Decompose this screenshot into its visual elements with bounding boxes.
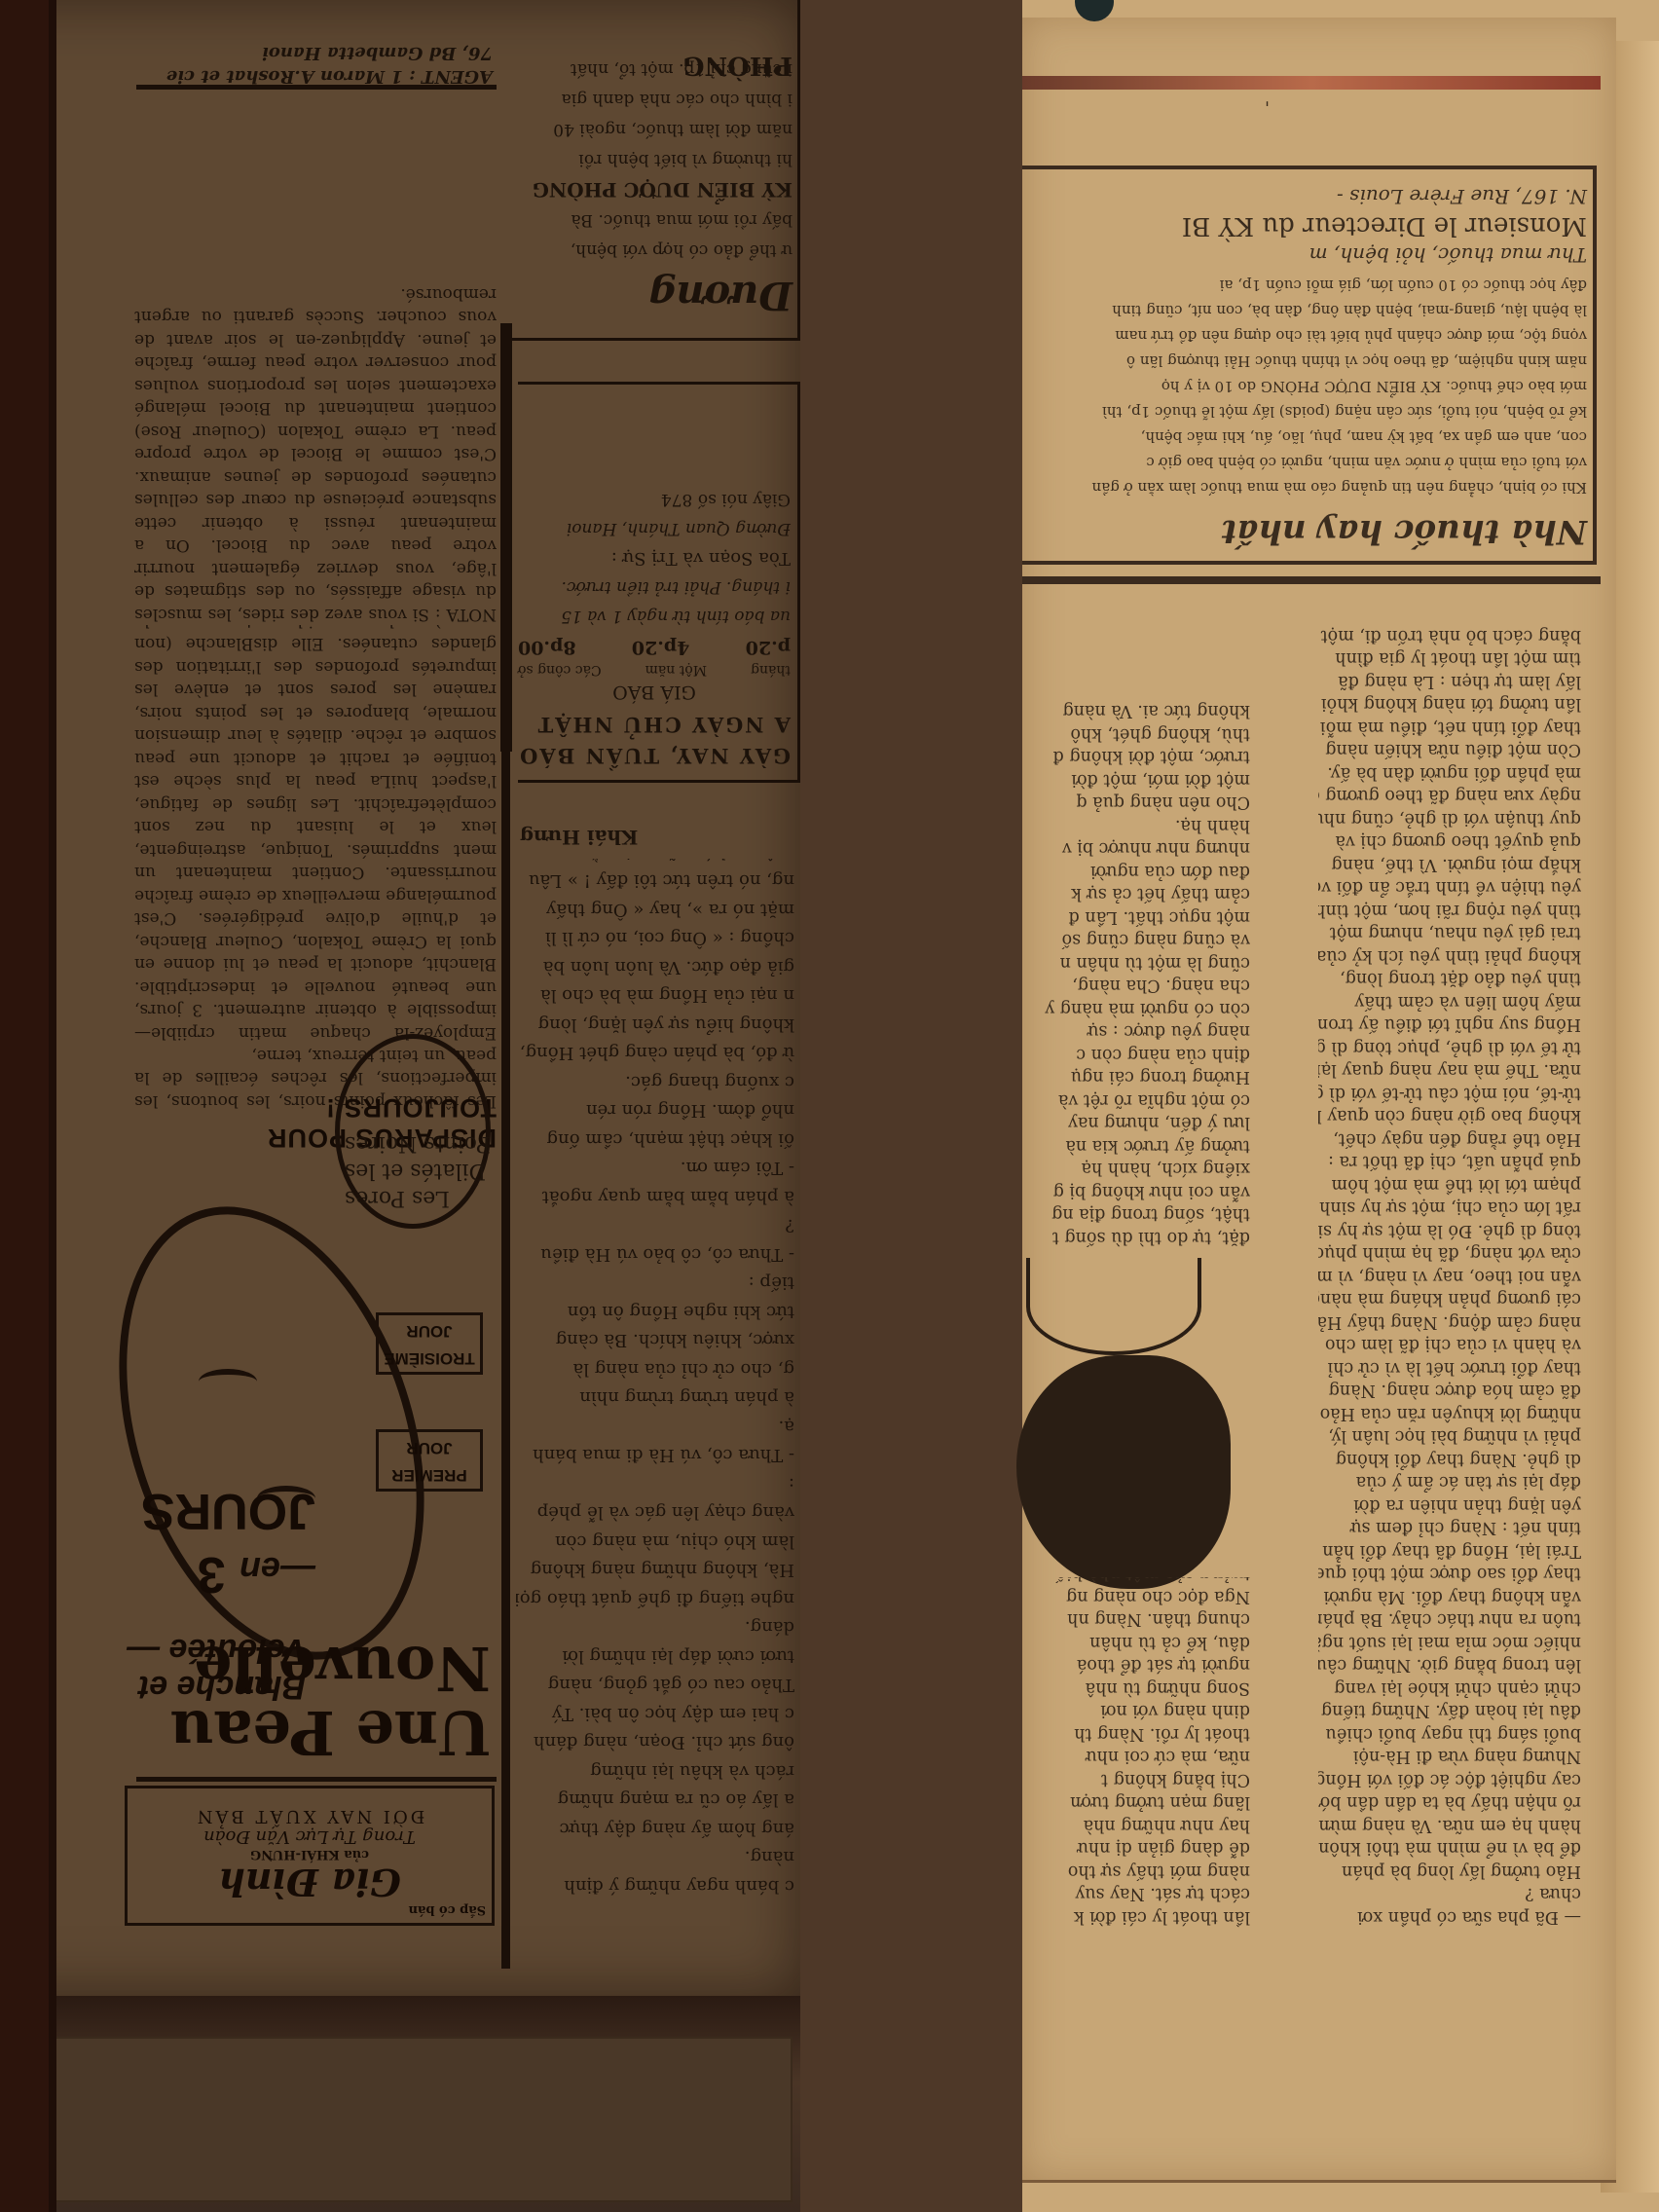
nota-paragraph: NOTA : Si vous avez des rides, les muscl… (134, 99, 497, 625)
story-right-column: — Đã pha sữa có phần xơi chưa ? Hảo tưởn… (1318, 584, 1581, 1928)
underlying-sheet (53, 2037, 793, 2202)
story-left-column-upper: đặt, tự do thì dù sống t thật, sống tron… (1016, 586, 1250, 1248)
pharmacy-ad-content: Nhà thuốc hay nhất Khi có bịnh, chẳng nê… (1022, 185, 1587, 553)
price-headers: tháng Một năm Các công sở (518, 662, 791, 678)
page-edge-line (49, 0, 56, 2212)
page-mark: ' (1265, 89, 1270, 109)
eye-sketch (199, 1369, 257, 1394)
dark-binding-margin (0, 0, 49, 2212)
pharmacy-box-content: Dương (520, 273, 793, 318)
subscription-box-content: GÀY NAY, TUẦN BÁO A NGÀY CHỦ NHẬT GIÁ BÁ… (518, 485, 791, 771)
page-bottom-edge (1022, 2180, 1616, 2183)
ad-subtitle: Blanche et Veloutée — (111, 1632, 306, 1706)
box-bottom-rule (1022, 576, 1601, 584)
pore-labels: Les Pores Dilatés et les Points Noires (345, 1129, 500, 1211)
agent-divider (136, 85, 497, 90)
story-left-column-lower: lần thoát ly cái đời k cách tự sát. Nay … (1016, 1577, 1250, 1928)
column-divider-thick (500, 323, 512, 752)
label-third-day: TROISIÈME JOUR (376, 1312, 483, 1375)
ad-agent: AGENT : 1 Maron A.Roshat et cie 76, Bd G… (123, 42, 493, 88)
man-illustration-outline (1026, 1258, 1201, 1355)
ad-divider (136, 1777, 497, 1782)
pharmacy-box-heading: PHÒNG (520, 51, 793, 80)
byline: Khái Hưng (520, 826, 783, 849)
torn-edge-strip (1022, 76, 1601, 90)
redaction-band (800, 0, 1022, 2212)
pharmacy-box-lines: ư thể đảo có hợp với bệnh, bấy rồi mới m… (510, 54, 793, 265)
ad-body-paragraph: Employez-la chaque matin crpiible—imposs… (134, 625, 497, 1044)
price-values: p.20 4p.20 8p.00 (518, 637, 791, 658)
ad-gia-dinh-box: Sắp có bán Gia Đình của KHÁI-HƯNG Trong … (125, 1786, 495, 1926)
label-first-day: PREMIER JOUR (376, 1429, 483, 1492)
upside-down-newspaper-photo: AGENT : 1 Maron A.Roshat et cie 76, Bd G… (0, 0, 1659, 2212)
in-three-days: —en 3 JOURS (121, 1482, 315, 1604)
story-middle-column: c bánh ngay những ý định nàng. áng hôm ấ… (516, 859, 794, 1900)
